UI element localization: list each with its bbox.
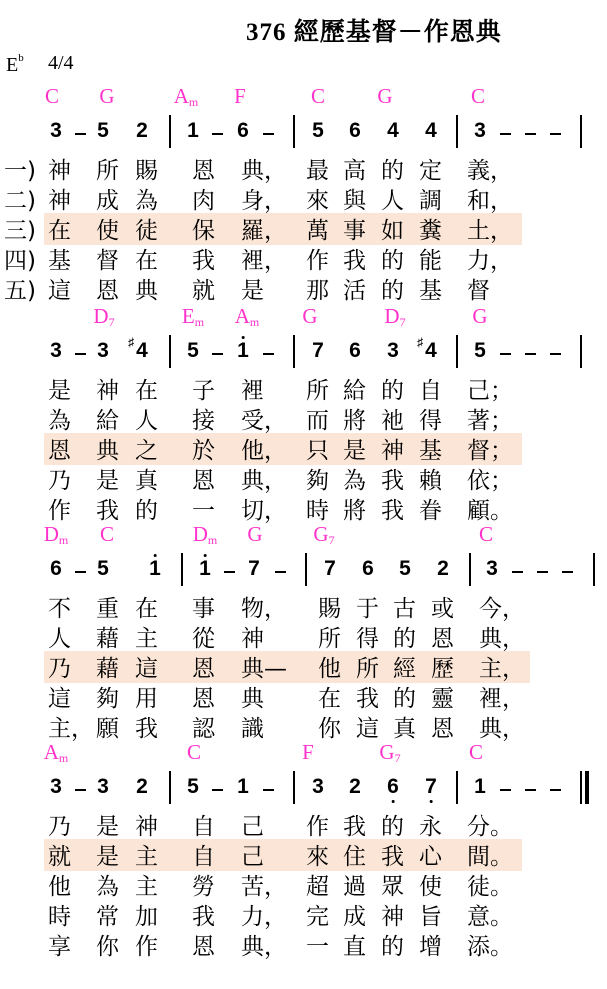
lyric-char: 使 <box>96 212 119 245</box>
barline <box>293 771 295 804</box>
lyric-char: 的 <box>381 272 404 305</box>
lyric-char: 苦， <box>241 868 287 901</box>
lyric-char: 的 <box>381 152 404 185</box>
chord-quality: m <box>195 315 204 329</box>
chord-symbol: F <box>302 740 314 765</box>
lyric-char: 賴 <box>419 462 442 495</box>
lyric-char: 我 <box>381 462 404 495</box>
verse-number: 一) <box>4 152 36 185</box>
sustain-dash <box>75 571 86 573</box>
chord-symbol: Am <box>174 84 199 110</box>
lyric-char: 所 <box>356 650 379 683</box>
lyric-char: 心 <box>419 838 442 871</box>
lyric-char: 我 <box>96 492 119 525</box>
lyric-char: 恩 <box>48 432 71 465</box>
note: 1 <box>187 119 199 143</box>
octave-up-dot <box>154 554 157 557</box>
lyric-char: 己 <box>241 808 264 841</box>
note: 6 <box>349 119 361 143</box>
lyric-char: 典 <box>96 432 119 465</box>
lyric-char: 這 <box>356 710 379 743</box>
lyric-char: 典， <box>241 152 287 185</box>
lyric-char: 切， <box>241 492 287 525</box>
lyric-char: 為 <box>96 868 119 901</box>
lyric-char: 主， <box>479 650 525 683</box>
lyric-char: 夠 <box>306 462 329 495</box>
lyric-char: 藉 <box>96 620 119 653</box>
lyric-char: 徒。 <box>467 868 513 901</box>
lyric-char: 就 <box>192 272 215 305</box>
sustain-dash <box>224 571 235 573</box>
lyric-char: 他， <box>241 432 287 465</box>
note: 5 <box>312 119 324 143</box>
lyric-char: 不 <box>48 590 71 623</box>
lyric-char: 來 <box>306 182 329 215</box>
chord-symbol: G <box>377 84 392 109</box>
lyric-char: 人 <box>48 620 71 653</box>
lyric-char: 常 <box>96 898 119 931</box>
lyric-char: 神 <box>241 620 264 653</box>
lyric-char: 所 <box>96 152 119 185</box>
lyric-char: 己； <box>467 372 513 405</box>
lyric-char: 真 <box>393 710 416 743</box>
lyric-char: 從 <box>192 620 215 653</box>
octave-down-dot <box>430 800 433 803</box>
chord-symbol: Am <box>235 304 260 330</box>
lyric-char: 督 <box>96 242 119 275</box>
lyric-char: 今， <box>479 590 525 623</box>
lyric-char: 古 <box>393 590 416 623</box>
octave-up-dot <box>242 336 245 339</box>
verse-number: 四) <box>4 242 36 275</box>
lyric-char: 土， <box>467 212 513 245</box>
lyric-char: 保 <box>192 212 215 245</box>
lyric-char: 我 <box>381 492 404 525</box>
lyric-char: 或 <box>431 590 454 623</box>
lyric-char: 來 <box>306 838 329 871</box>
chord-symbol: C <box>45 84 59 109</box>
final-barline-thick <box>585 771 589 804</box>
lyric-char: 就 <box>48 838 71 871</box>
final-barline <box>580 771 582 804</box>
lyric-char: 是 <box>96 838 119 871</box>
lyric-char: 旨 <box>419 898 442 931</box>
lyric-char: 一 <box>306 928 329 961</box>
note: 3 <box>50 119 62 143</box>
note: 3 <box>312 775 324 799</box>
lyric-char: 的 <box>393 680 416 713</box>
chord-symbol: Dm <box>44 522 69 548</box>
note: 3 <box>97 339 109 363</box>
lyric-char: 自 <box>192 808 215 841</box>
lyric-char: 我 <box>343 242 366 275</box>
lyric-char: 裡， <box>241 242 287 275</box>
lyric-char: 作 <box>306 242 329 275</box>
sustain-dash <box>75 353 86 355</box>
lyric-char: 典— <box>241 650 287 683</box>
lyric-char: 高 <box>343 152 366 185</box>
lyric-char: 將 <box>343 492 366 525</box>
lyric-char: 一 <box>192 492 215 525</box>
chord-quality: m <box>250 315 259 329</box>
lyric-char: 乃 <box>48 462 71 495</box>
lyric-char: 在 <box>135 372 158 405</box>
chord-symbol: C <box>469 740 483 765</box>
chord-quality: 7 <box>400 315 406 329</box>
lyric-char: 己 <box>241 838 264 871</box>
lyric-char: 識 <box>241 710 264 743</box>
lyric-char: 在 <box>318 680 341 713</box>
sustain-dash <box>537 571 548 573</box>
lyric-char: 依； <box>467 462 513 495</box>
sustain-dash <box>500 789 511 791</box>
sustain-dash <box>525 353 536 355</box>
chord-quality: 7 <box>109 315 115 329</box>
lyric-char: 基 <box>48 242 71 275</box>
lyric-char: 為 <box>48 402 71 435</box>
lyric-char: 賜 <box>135 152 158 185</box>
sustain-dash <box>212 789 223 791</box>
lyric-char: 成 <box>343 898 366 931</box>
lyric-char: 在 <box>135 590 158 623</box>
chord-quality: m <box>208 533 217 547</box>
lyric-char: 羅， <box>241 212 287 245</box>
lyric-char: 在 <box>48 212 71 245</box>
lyric-char: 這 <box>135 650 158 683</box>
verse-number: 二) <box>4 182 36 215</box>
sustain-dash <box>525 133 536 135</box>
lyric-char: 典， <box>479 710 525 743</box>
lyric-char: 他 <box>318 650 341 683</box>
song-title: 376 經歷基督－作恩典 <box>246 12 502 48</box>
lyric-char: 主 <box>135 868 158 901</box>
lyric-char: 主 <box>135 620 158 653</box>
note: 5 <box>97 119 109 143</box>
sustain-dash <box>263 133 274 135</box>
barline <box>456 115 458 148</box>
lyric-char: 我 <box>192 898 215 931</box>
chord-symbol: C <box>187 740 201 765</box>
lyric-char: 的 <box>381 242 404 275</box>
lyric-char: 他 <box>48 868 71 901</box>
verse-number: 三) <box>4 212 36 245</box>
sustain-dash <box>512 571 523 573</box>
lyric-char: 作 <box>48 492 71 525</box>
lyric-char: 成 <box>96 182 119 215</box>
lyric-char: 認 <box>192 710 215 743</box>
lyric-char: 顧。 <box>467 492 513 525</box>
lyric-char: 基 <box>419 432 442 465</box>
sustain-dash <box>500 353 511 355</box>
note: 6 <box>349 339 361 363</box>
lyric-char: 住 <box>343 838 366 871</box>
note: 6 <box>387 775 399 799</box>
lyric-char: 裡， <box>479 680 525 713</box>
sustain-dash <box>550 353 561 355</box>
lyric-char: 義， <box>467 152 513 185</box>
lyric-char: 事 <box>192 590 215 623</box>
note: 3 <box>50 339 62 363</box>
lyric-char: 受， <box>241 402 287 435</box>
chord-symbol: C <box>471 84 485 109</box>
key-letter: E <box>6 54 18 76</box>
lyric-char: 裡 <box>241 372 264 405</box>
chord-quality: 7 <box>329 533 335 547</box>
lyric-char: 勞 <box>192 868 215 901</box>
note: 1 <box>474 775 486 799</box>
lyric-char: 超 <box>306 868 329 901</box>
note: 3 <box>387 339 399 363</box>
note: 7 <box>248 557 260 581</box>
lyric-char: 人 <box>381 182 404 215</box>
note: 2 <box>437 557 449 581</box>
lyric-char: 典， <box>241 928 287 961</box>
lyric-char: 你 <box>96 928 119 961</box>
note: 7 <box>324 557 336 581</box>
lyric-char: 意。 <box>467 898 513 931</box>
chord-symbol: C <box>100 522 114 547</box>
sharp-icon: ♯ <box>417 335 423 349</box>
chord-symbol: G <box>99 84 114 109</box>
chord-symbol: D7 <box>93 304 114 330</box>
lyric-char: 能 <box>419 242 442 275</box>
octave-up-dot <box>204 554 207 557</box>
barline <box>169 771 171 804</box>
note: 5 <box>474 339 486 363</box>
lyric-char: 為 <box>135 182 158 215</box>
lyric-char: 為 <box>343 462 366 495</box>
lyric-char: 督 <box>467 272 490 305</box>
lyric-char: 物， <box>241 590 287 623</box>
lyric-char: 是 <box>241 272 264 305</box>
lyric-char: 願 <box>96 710 119 743</box>
barline <box>293 335 295 368</box>
lyric-char: 時 <box>48 898 71 931</box>
lyric-char: 于 <box>356 590 379 623</box>
lyric-char: 徒 <box>135 212 158 245</box>
note: 4 <box>387 119 399 143</box>
barline <box>169 115 171 148</box>
sustain-dash <box>500 133 511 135</box>
sustain-dash <box>212 353 223 355</box>
lyric-char: 是 <box>48 372 71 405</box>
chord-symbol: G <box>302 304 317 329</box>
lyric-char: 我 <box>192 242 215 275</box>
time-signature: 4/4 <box>48 52 74 75</box>
lyric-char: 間。 <box>467 838 513 871</box>
chord-symbol: Dm <box>193 522 218 548</box>
lyric-char: 自 <box>192 838 215 871</box>
chord-symbol: D7 <box>384 304 405 330</box>
lyric-char: 恩 <box>431 620 454 653</box>
chord-symbol: G7 <box>313 522 334 548</box>
lyric-char: 享 <box>48 928 71 961</box>
lyric-char: 乃 <box>48 808 71 841</box>
lyric-char: 給 <box>343 372 366 405</box>
chord-quality: m <box>59 533 68 547</box>
lyric-char: 事 <box>343 212 366 245</box>
lyric-char: 賜 <box>318 590 341 623</box>
sustain-dash <box>562 571 573 573</box>
barline <box>293 115 295 148</box>
lyric-char: 是 <box>96 808 119 841</box>
note: 3 <box>97 775 109 799</box>
lyric-char: 力， <box>467 242 513 275</box>
lyric-char: 這 <box>48 272 71 305</box>
lyric-char: 與 <box>343 182 366 215</box>
lyric-char: 的 <box>381 928 404 961</box>
lyric-char: 作 <box>135 928 158 961</box>
barline <box>580 115 582 148</box>
lyric-char: 肉 <box>192 182 215 215</box>
lyric-char: 這 <box>48 680 71 713</box>
lyric-char: 典 <box>241 680 264 713</box>
lyric-char: 所 <box>318 620 341 653</box>
note: 4♯ <box>425 339 437 363</box>
lyric-char: 添。 <box>467 928 513 961</box>
lyric-char: 的 <box>381 372 404 405</box>
lyric-char: 重 <box>96 590 119 623</box>
lyric-char: 我 <box>343 808 366 841</box>
note: 5 <box>399 557 411 581</box>
sustain-dash <box>75 789 86 791</box>
lyric-char: 力， <box>241 898 287 931</box>
lyric-char: 活 <box>343 272 366 305</box>
lyric-char: 最 <box>306 152 329 185</box>
lyric-char: 主， <box>48 710 94 743</box>
chord-quality: 7 <box>395 751 401 765</box>
lyric-char: 糞 <box>419 212 442 245</box>
barline <box>169 335 171 368</box>
note: 1 <box>199 557 211 581</box>
lyric-char: 恩 <box>192 152 215 185</box>
chord-symbol: F <box>234 84 246 109</box>
barline <box>181 553 183 586</box>
note: 6 <box>362 557 374 581</box>
lyric-char: 那 <box>306 272 329 305</box>
lyric-char: 於 <box>192 432 215 465</box>
note: 3 <box>50 775 62 799</box>
note: 5 <box>97 557 109 581</box>
lyric-char: 加 <box>135 898 158 931</box>
lyric-char: 基 <box>419 272 442 305</box>
chord-symbol: Em <box>182 304 204 330</box>
chord-symbol: G <box>247 522 262 547</box>
sustain-dash <box>525 789 536 791</box>
lyric-char: 和， <box>467 182 513 215</box>
lyric-char: 典， <box>479 620 525 653</box>
lyric-char: 神 <box>381 898 404 931</box>
lyric-char: 我 <box>135 710 158 743</box>
lyric-char: 作 <box>306 808 329 841</box>
note: 7 <box>425 775 437 799</box>
sustain-dash <box>263 353 274 355</box>
note: 6 <box>50 557 62 581</box>
lyric-char: 恩 <box>192 650 215 683</box>
lyric-char: 歷 <box>431 650 454 683</box>
lyric-char: 之 <box>135 432 158 465</box>
lyric-char: 的 <box>135 492 158 525</box>
chord-quality: m <box>59 751 68 765</box>
lyric-char: 恩 <box>192 928 215 961</box>
lyric-char: 神 <box>96 372 119 405</box>
lyric-char: 得 <box>419 402 442 435</box>
lyric-char: 將 <box>343 402 366 435</box>
lyric-char: 子 <box>192 372 215 405</box>
key-signature: Eb <box>6 52 24 77</box>
lyric-char: 接 <box>192 402 215 435</box>
lyric-char: 只 <box>306 432 329 465</box>
barline <box>456 771 458 804</box>
lyric-char: 神 <box>48 182 71 215</box>
lyric-char: 時 <box>306 492 329 525</box>
lyric-char: 我 <box>381 838 404 871</box>
lyric-char: 調 <box>419 182 442 215</box>
lyric-char: 用 <box>135 680 158 713</box>
lyric-char: 得 <box>356 620 379 653</box>
lyric-char: 在 <box>135 242 158 275</box>
sustain-dash <box>75 133 86 135</box>
lyric-char: 祂 <box>381 402 404 435</box>
lyric-char: 你 <box>318 710 341 743</box>
lyric-char: 著； <box>467 402 513 435</box>
lyric-char: 如 <box>381 212 404 245</box>
lyric-char: 眷 <box>419 492 442 525</box>
octave-down-dot <box>392 800 395 803</box>
note: 5 <box>187 339 199 363</box>
sustain-dash <box>550 133 561 135</box>
note: 2 <box>349 775 361 799</box>
lyric-char: 自 <box>419 372 442 405</box>
lyric-char: 經 <box>393 650 416 683</box>
sustain-dash <box>263 789 274 791</box>
lyric-char: 人 <box>135 402 158 435</box>
note: 1 <box>237 775 249 799</box>
lyric-char: 夠 <box>96 680 119 713</box>
chord-quality: m <box>189 95 198 109</box>
note: 4♯ <box>136 339 148 363</box>
barline <box>593 553 595 586</box>
chord-symbol: G7 <box>379 740 400 766</box>
lyric-char: 身， <box>241 182 287 215</box>
lyric-char: 神 <box>381 432 404 465</box>
note: 6 <box>237 119 249 143</box>
barline <box>305 553 307 586</box>
lyric-char: 真 <box>135 462 158 495</box>
lyric-char: 神 <box>135 808 158 841</box>
chord-symbol: C <box>479 522 493 547</box>
lyric-char: 典， <box>241 462 287 495</box>
sustain-dash <box>212 133 223 135</box>
lyric-char: 乃 <box>48 650 71 683</box>
chord-symbol: C <box>311 84 325 109</box>
note: 4 <box>425 119 437 143</box>
note: 1 <box>149 557 161 581</box>
lyric-char: 是 <box>96 462 119 495</box>
lyric-char: 恩 <box>96 272 119 305</box>
lyric-char: 給 <box>96 402 119 435</box>
barline <box>469 553 471 586</box>
barline <box>456 335 458 368</box>
chord-symbol: Am <box>44 740 69 766</box>
lyric-char: 永 <box>419 808 442 841</box>
note: 5 <box>187 775 199 799</box>
verse-number: 五) <box>4 272 36 305</box>
lyric-char: 典 <box>135 272 158 305</box>
sharp-icon: ♯ <box>128 335 134 349</box>
lyric-char: 靈 <box>431 680 454 713</box>
lyric-char: 恩 <box>192 462 215 495</box>
